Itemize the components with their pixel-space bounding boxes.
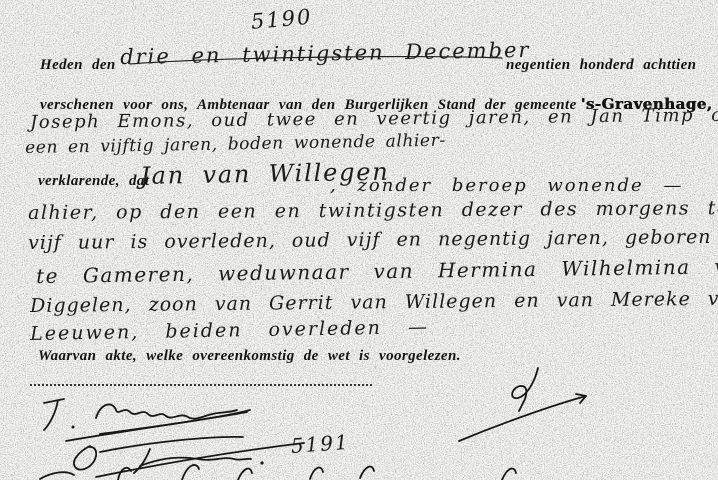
declaration-line-3: vijf uur is overleden, oud vijf en negen… <box>28 226 712 254</box>
witness-signature-1 <box>44 399 250 441</box>
witness-signature-2 <box>74 437 304 477</box>
death-certificate-scan: 5190 Heden den drie en twintigsten Decem… <box>0 0 718 480</box>
declarants-line-2: een en vijftig jaren, boden wonende alhi… <box>25 131 446 158</box>
registrar-paraph-signature <box>459 368 586 441</box>
printed-heden-den: Heden den <box>40 57 116 74</box>
declaration-line-1-rest: , zonder beroep wonende — <box>330 175 683 196</box>
printed-verklarende: verklarende, dat <box>38 173 149 190</box>
act-number: 5190 <box>250 5 313 34</box>
declaration-line-4: te Gameren, weduwnaar van Hermina Wilhel… <box>36 254 718 288</box>
declaration-line-6: Leeuwen, beiden overleden — <box>30 316 429 345</box>
printed-year: negentien honderd achttien <box>506 57 696 74</box>
dotted-rule <box>30 384 372 386</box>
next-act-number: 5191 <box>290 430 350 458</box>
next-act-fragment-strokes <box>40 465 516 480</box>
closing-line: Waarvan akte, welke overeenkomstig de we… <box>38 348 461 365</box>
declaration-line-5: Diggelen, zoon van Gerrit van Willegen e… <box>30 288 718 317</box>
handwritten-date: drie en twintigsten December <box>120 38 531 69</box>
declaration-line-2: alhier, op den een en twintigsten dezer … <box>28 197 718 224</box>
